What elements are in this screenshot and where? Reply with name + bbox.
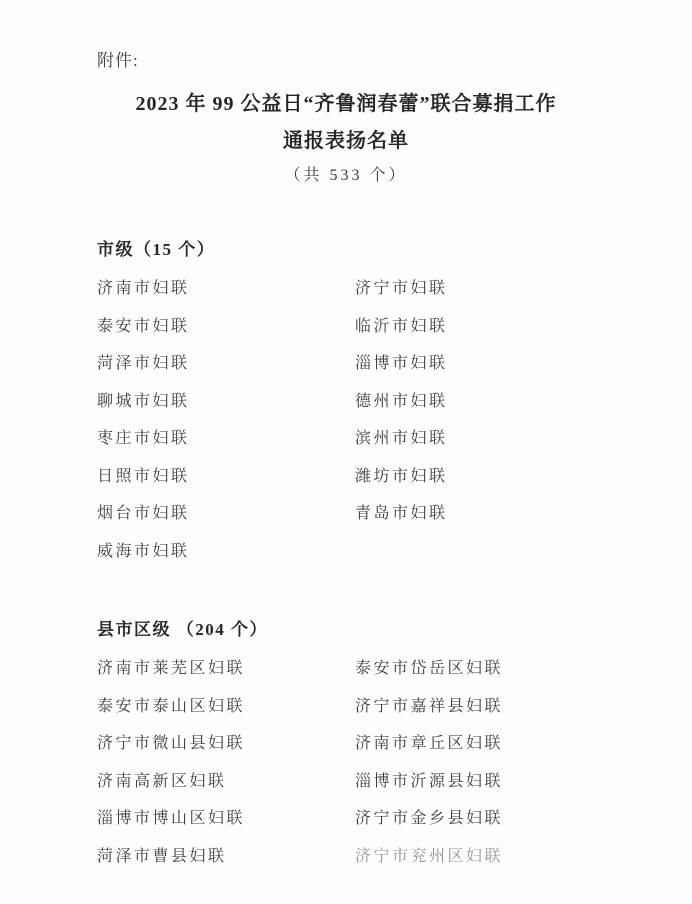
list-item: 济宁市兖州区妇联 — [355, 838, 632, 876]
list-item: 临沂市妇联 — [355, 308, 632, 346]
list-item: 济宁市妇联 — [355, 270, 632, 308]
table-row: 聊城市妇联 德州市妇联 — [97, 383, 632, 421]
document-page: 附件: 2023 年 99 公益日“齐鲁润春蕾”联合募捐工作 通报表扬名单 （共… — [0, 0, 692, 904]
list-item: 日照市妇联 — [97, 458, 355, 496]
title-line-1: 2023 年 99 公益日“齐鲁润春蕾”联合募捐工作 — [0, 86, 692, 123]
section-county-level: 县市区级 （204 个） 济南市莱芜区妇联 泰安市岱岳区妇联 泰安市泰山区妇联 … — [97, 618, 632, 875]
table-row: 菏泽市妇联 淄博市妇联 — [97, 345, 632, 383]
list-item: 菏泽市妇联 — [97, 345, 355, 383]
list-item: 淄博市博山区妇联 — [97, 800, 355, 838]
list-item: 威海市妇联 — [97, 533, 355, 571]
table-row: 泰安市泰山区妇联 济宁市嘉祥县妇联 — [97, 688, 632, 726]
list-item: 聊城市妇联 — [97, 383, 355, 421]
table-row: 济南市莱芜区妇联 泰安市岱岳区妇联 — [97, 650, 632, 688]
table-row: 济南高新区妇联 淄博市沂源县妇联 — [97, 763, 632, 801]
list-item: 滨州市妇联 — [355, 420, 632, 458]
table-row: 威海市妇联 — [97, 533, 632, 571]
list-item: 潍坊市妇联 — [355, 458, 632, 496]
list-item: 淄博市妇联 — [355, 345, 632, 383]
list-item: 济宁市嘉祥县妇联 — [355, 688, 632, 726]
table-row: 日照市妇联 潍坊市妇联 — [97, 458, 632, 496]
list-item — [355, 533, 632, 571]
section-city-level: 市级（15 个） 济南市妇联 济宁市妇联 泰安市妇联 临沂市妇联 菏泽市妇联 淄… — [97, 238, 632, 570]
city-level-list: 济南市妇联 济宁市妇联 泰安市妇联 临沂市妇联 菏泽市妇联 淄博市妇联 聊城市妇… — [97, 270, 632, 570]
table-row: 烟台市妇联 青岛市妇联 — [97, 495, 632, 533]
list-item: 济南高新区妇联 — [97, 763, 355, 801]
list-item: 淄博市沂源县妇联 — [355, 763, 632, 801]
list-item: 菏泽市曹县妇联 — [97, 838, 355, 876]
table-row: 淄博市博山区妇联 济宁市金乡县妇联 — [97, 800, 632, 838]
attachment-label: 附件: — [97, 0, 692, 72]
total-count: （共 533 个） — [0, 162, 692, 190]
title-line-2: 通报表扬名单 — [0, 123, 692, 160]
list-item: 济南市章丘区妇联 — [355, 725, 632, 763]
list-item: 济宁市金乡县妇联 — [355, 800, 632, 838]
document-title: 2023 年 99 公益日“齐鲁润春蕾”联合募捐工作 通报表扬名单 — [0, 86, 692, 160]
section-county-heading: 县市区级 （204 个） — [97, 618, 632, 642]
county-level-list: 济南市莱芜区妇联 泰安市岱岳区妇联 泰安市泰山区妇联 济宁市嘉祥县妇联 济宁市微… — [97, 650, 632, 875]
table-row: 枣庄市妇联 滨州市妇联 — [97, 420, 632, 458]
list-item: 枣庄市妇联 — [97, 420, 355, 458]
list-item: 济南市妇联 — [97, 270, 355, 308]
list-item: 泰安市泰山区妇联 — [97, 688, 355, 726]
list-item: 德州市妇联 — [355, 383, 632, 421]
list-item: 济南市莱芜区妇联 — [97, 650, 355, 688]
list-item: 泰安市岱岳区妇联 — [355, 650, 632, 688]
list-item: 泰安市妇联 — [97, 308, 355, 346]
table-row: 菏泽市曹县妇联 济宁市兖州区妇联 — [97, 838, 632, 876]
list-item: 青岛市妇联 — [355, 495, 632, 533]
list-item: 济宁市微山县妇联 — [97, 725, 355, 763]
section-city-heading: 市级（15 个） — [97, 238, 632, 262]
table-row: 济南市妇联 济宁市妇联 — [97, 270, 632, 308]
table-row: 济宁市微山县妇联 济南市章丘区妇联 — [97, 725, 632, 763]
table-row: 泰安市妇联 临沂市妇联 — [97, 308, 632, 346]
list-item: 烟台市妇联 — [97, 495, 355, 533]
